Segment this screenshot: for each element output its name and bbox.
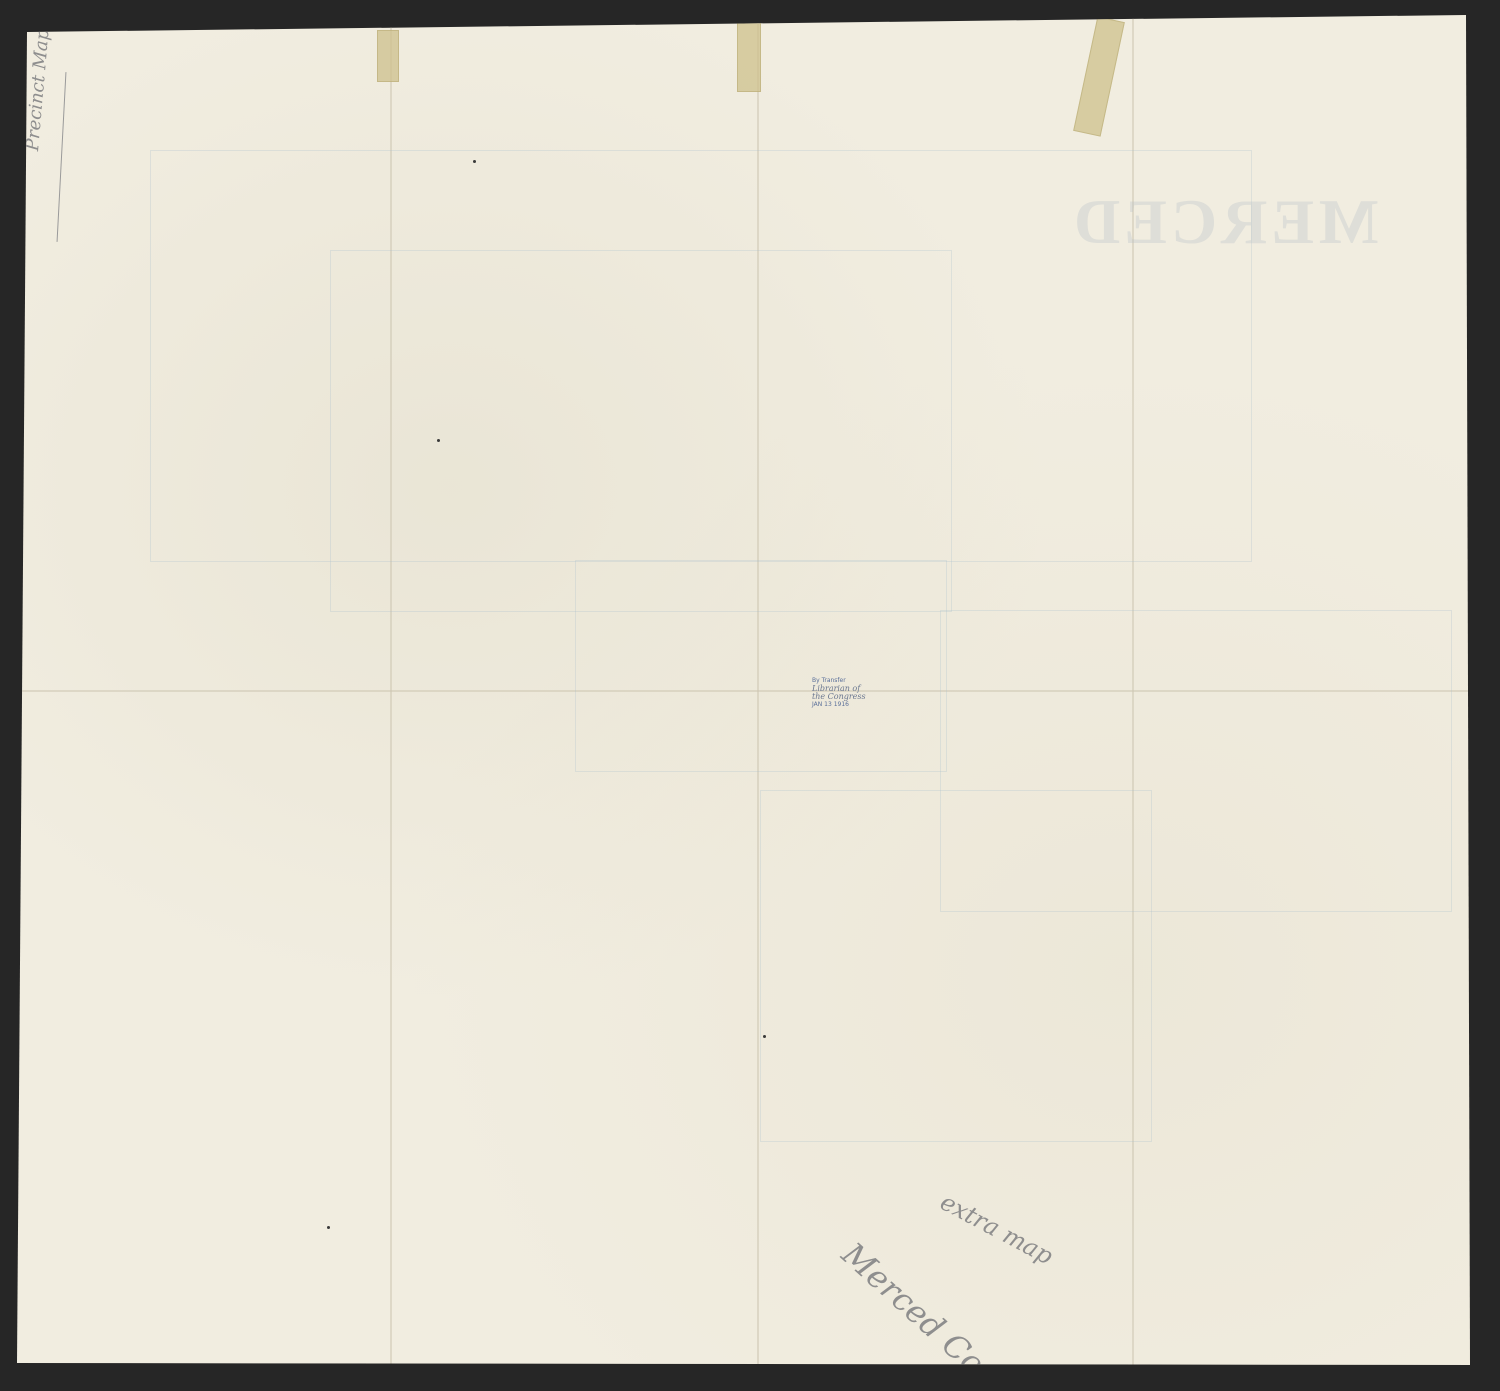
tape-strip: [737, 22, 761, 92]
speck: [473, 160, 476, 163]
county-note-text: Merced Co: [835, 1235, 993, 1383]
show-through-boundary: [575, 560, 947, 772]
precinct-maps-note: Precinct Maps: [22, 19, 54, 152]
map-sheet-back: MERCED Precinct Maps By Transfer Librari…: [0, 0, 1500, 1391]
tape-strip: [1073, 16, 1125, 136]
stamp-line: the Congress: [812, 693, 866, 701]
pencil-underline: [57, 72, 67, 242]
stamp-date: JAN 13 1916: [812, 701, 866, 709]
accession-stamp: By Transfer Librarian of the Congress JA…: [812, 677, 866, 709]
tape-strip: [377, 30, 399, 82]
county-mark: /: [975, 1361, 1008, 1391]
show-through-boundary: [760, 790, 1152, 1142]
speck: [327, 1226, 330, 1229]
speck: [763, 1035, 766, 1038]
county-note: Merced Co /: [835, 1235, 1008, 1391]
extra-map-note: extra map: [936, 1188, 1058, 1271]
show-through-boundary: [330, 250, 952, 612]
speck: [437, 439, 440, 442]
mirrored-map-title: MERCED: [1070, 185, 1378, 259]
